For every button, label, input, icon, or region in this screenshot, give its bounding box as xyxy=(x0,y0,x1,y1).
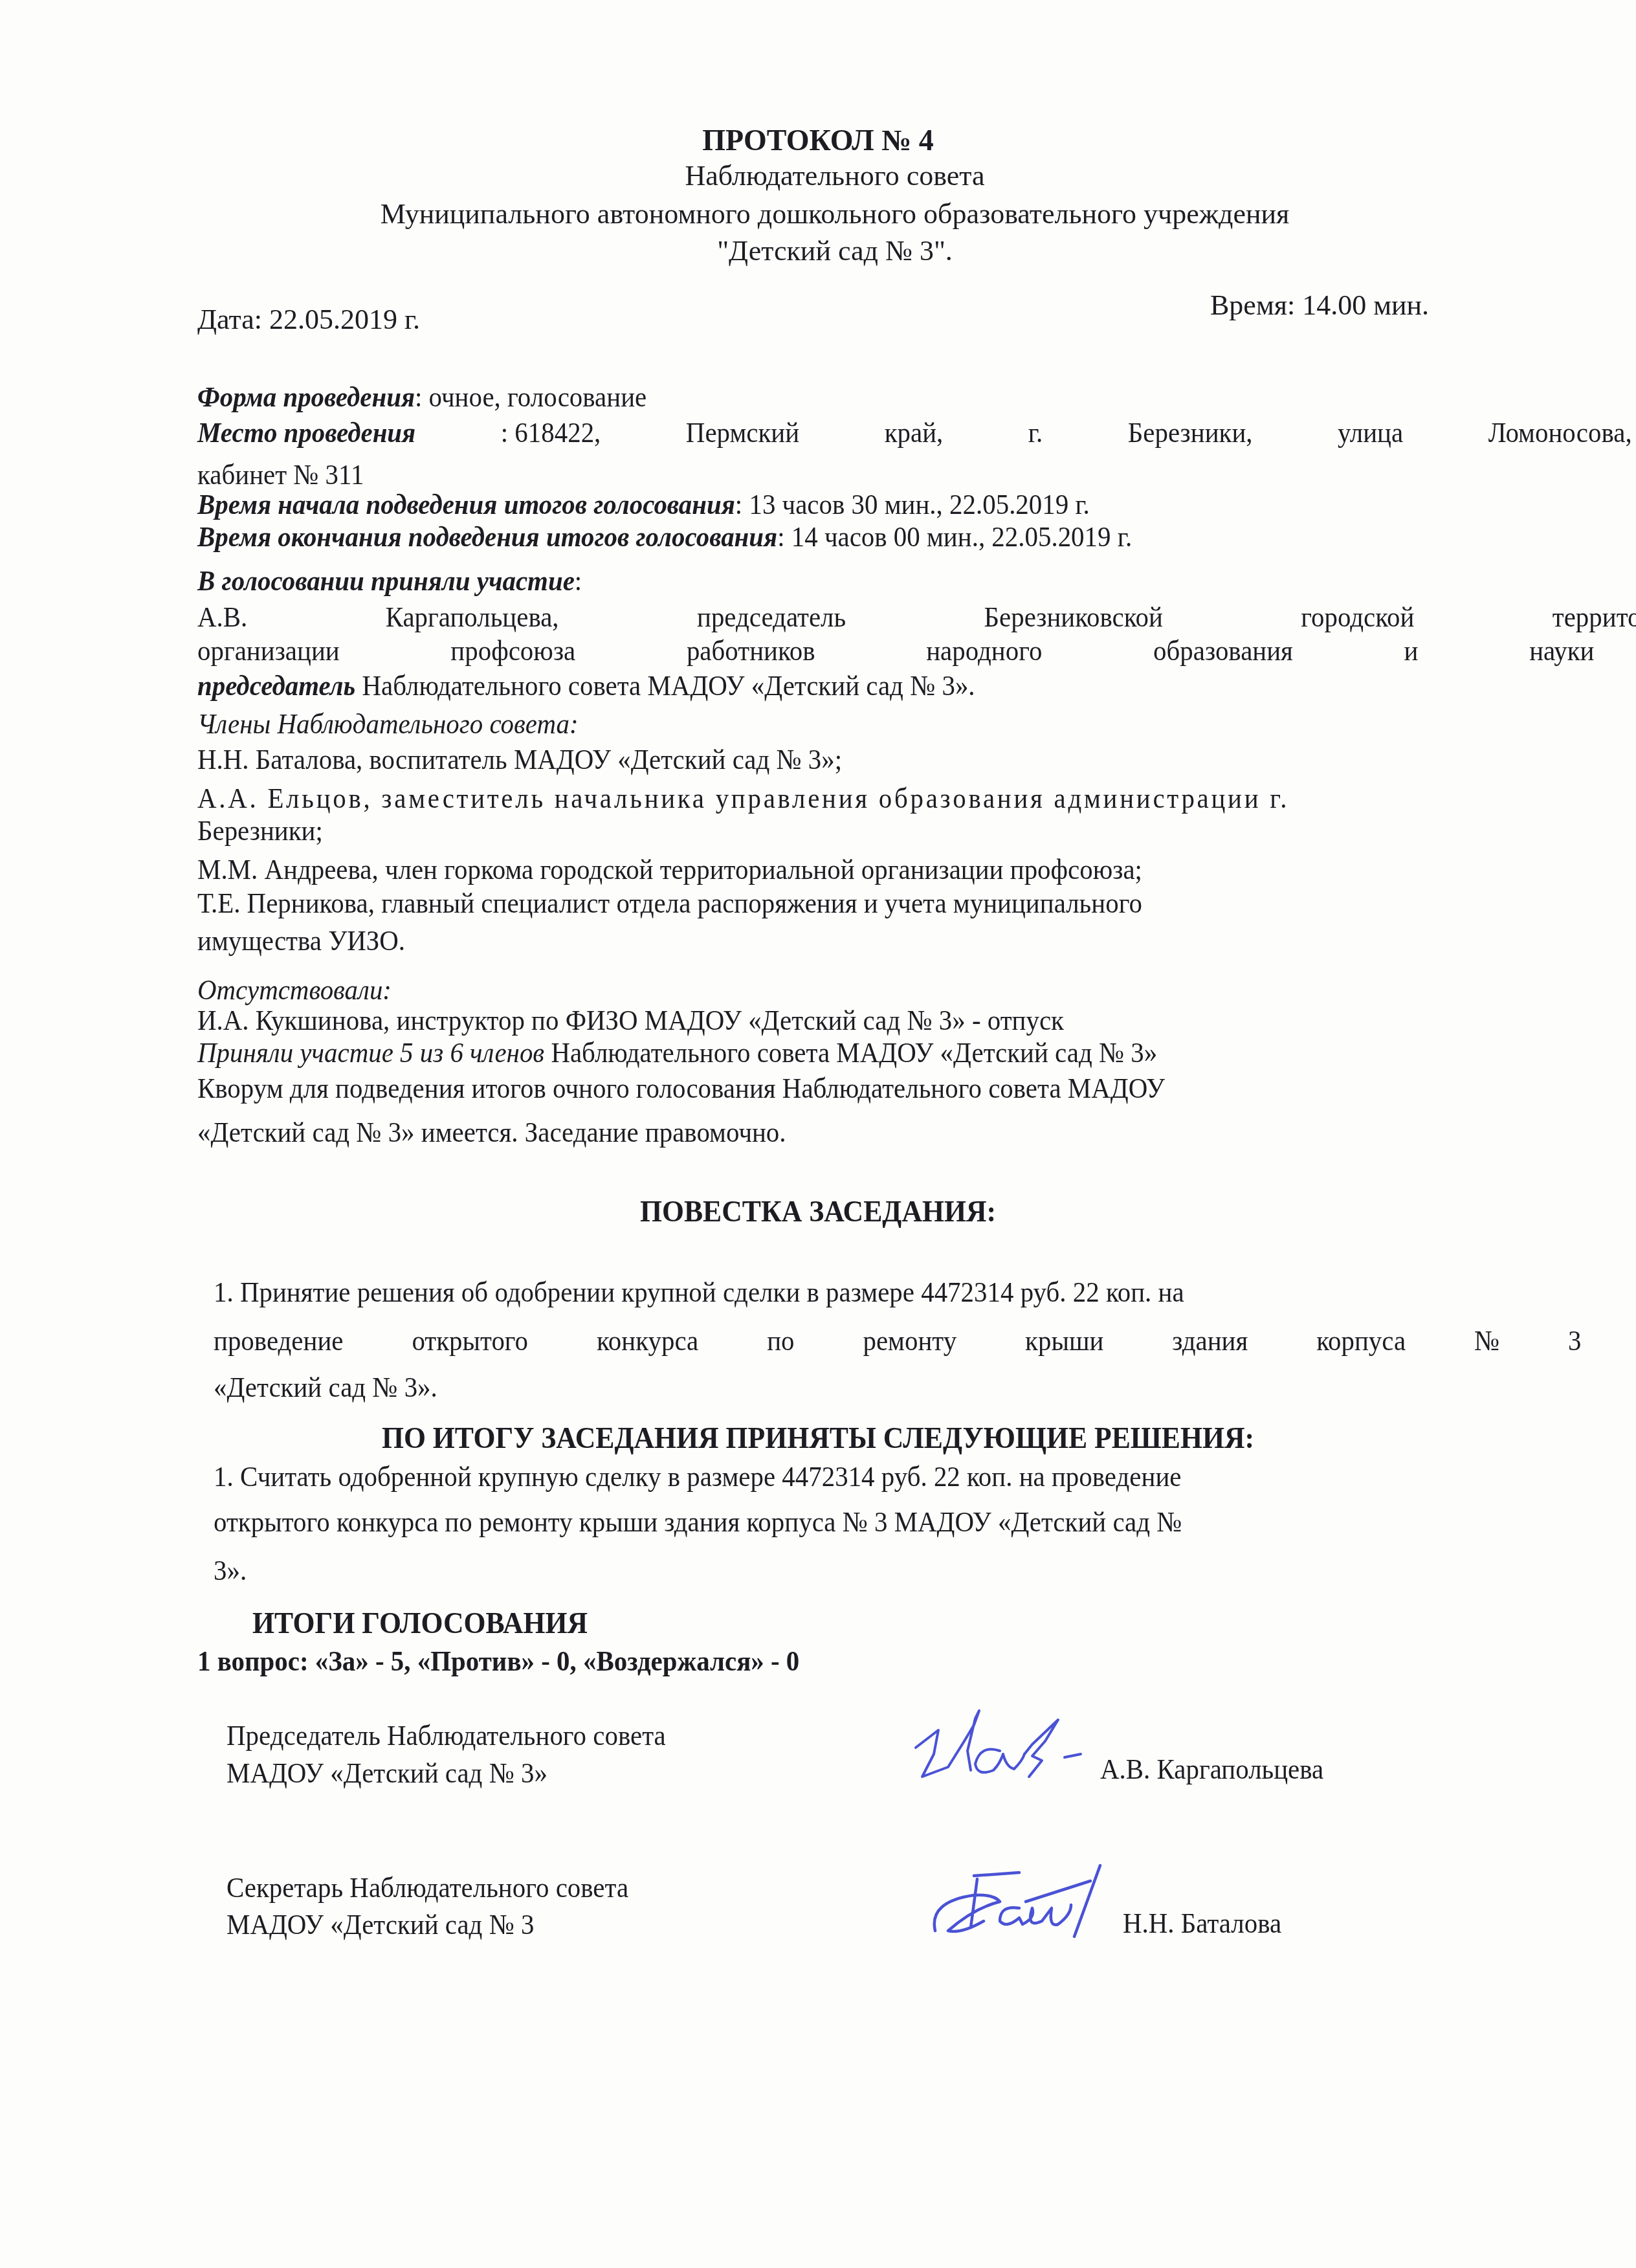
protocol-page: ПРОТОКОЛ № 4 Наблюдательного совета Муни… xyxy=(0,0,1636,2268)
member-item: М.М. Андреева, член горкома городской те… xyxy=(197,856,1142,884)
member-item: Н.Н. Баталова, воспитатель МАДОУ «Детски… xyxy=(197,746,842,774)
chair-signature-icon xyxy=(903,1706,1090,1790)
agenda-item: 1. Принятие решения об одобрении крупной… xyxy=(214,1278,1184,1307)
absent-label: Отсутствовали: xyxy=(197,976,392,1005)
voting-start-time: Время начала подведения итогов голосован… xyxy=(197,491,1090,519)
member-item: Т.Е. Перникова, главный специалист отдел… xyxy=(197,889,1142,918)
meeting-date: Дата: 22.05.2019 г. xyxy=(197,306,420,334)
header-council: Наблюдательного совета xyxy=(149,162,1521,190)
form-label: Форма проведения xyxy=(197,381,415,413)
agenda-heading: ПОВЕСТКА ЗАСЕДАНИЯ: xyxy=(57,1194,1578,1229)
member-item: А.А. Ельцов, заместитель начальника упра… xyxy=(197,784,1289,813)
secretary-role-line-1: Секретарь Наблюдательного совета xyxy=(227,1874,628,1902)
header-kindergarten: "Детский сад № 3". xyxy=(149,237,1521,265)
decisions-heading: ПО ИТОГУ ЗАСЕДАНИЯ ПРИНЯТЫ СЛЕДУЮЩИЕ РЕШ… xyxy=(57,1421,1578,1456)
secretary-name: Н.Н. Баталова xyxy=(1123,1909,1281,1938)
decision-item-line-2: открытого конкурса по ремонту крыши здан… xyxy=(214,1508,1182,1537)
form-of-meeting: Форма проведения: очное, голосование xyxy=(197,383,647,412)
place-of-meeting: Место проведения : 618422, Пермский край… xyxy=(197,419,1636,447)
participated-count: Приняли участие 5 из 6 членов Наблюдател… xyxy=(197,1039,1157,1067)
member-item: имущества УИЗО. xyxy=(197,927,405,955)
chair-line-3: председатель Наблюдательного совета МАДО… xyxy=(197,672,975,700)
members-label: Члены Наблюдательного совета: xyxy=(197,710,579,739)
agenda-item-line-2: проведение открытого конкурса по ремонту… xyxy=(214,1327,1636,1355)
meeting-time: Время: 14.00 мин. xyxy=(1210,291,1429,320)
absent-item: И.А. Кукшинова, инструктор по ФИЗО МАДОУ… xyxy=(197,1006,1064,1035)
decision-item: 1. Считать одобренной крупную сделку в р… xyxy=(214,1463,1181,1491)
secretary-signature-icon xyxy=(922,1856,1110,1940)
form-value: : очное, голосование xyxy=(415,381,647,413)
voting-end-time: Время окончания подведения итогов голосо… xyxy=(197,523,1132,551)
voting-heading: ИТОГИ ГОЛОСОВАНИЯ xyxy=(252,1608,588,1639)
quorum-line-2: «Детский сад № 3» имеется. Заседание пра… xyxy=(197,1118,786,1147)
chair-line-2: организации профсоюза работников народно… xyxy=(197,637,1636,665)
chair-name: А.В. Каргапольцева xyxy=(1100,1755,1323,1784)
document-title: ПРОТОКОЛ № 4 xyxy=(0,123,1636,157)
chair-role-line-2: МАДОУ «Детский сад № 3» xyxy=(227,1759,547,1788)
chair-line-1: А.В. Каргапольцева, председатель Березни… xyxy=(197,603,1636,632)
participants-label: В голосовании приняли участие: xyxy=(197,567,582,595)
voting-result: 1 вопрос: «За» - 5, «Против» - 0, «Возде… xyxy=(197,1647,799,1676)
agenda-item-line-3: «Детский сад № 3». xyxy=(214,1373,437,1402)
header-institution: Муниципального автономного дошкольного о… xyxy=(149,200,1521,228)
place-continuation: кабинет № 311 xyxy=(197,461,364,489)
decision-item-line-3: 3». xyxy=(214,1557,247,1585)
quorum-line-1: Кворум для подведения итогов очного голо… xyxy=(197,1074,1165,1103)
member-item: Березники; xyxy=(197,817,323,845)
chair-role-line-1: Председатель Наблюдательного совета xyxy=(227,1722,666,1750)
secretary-role-line-2: МАДОУ «Детский сад № 3 xyxy=(227,1911,534,1939)
place-label: Место проведения xyxy=(197,419,415,447)
